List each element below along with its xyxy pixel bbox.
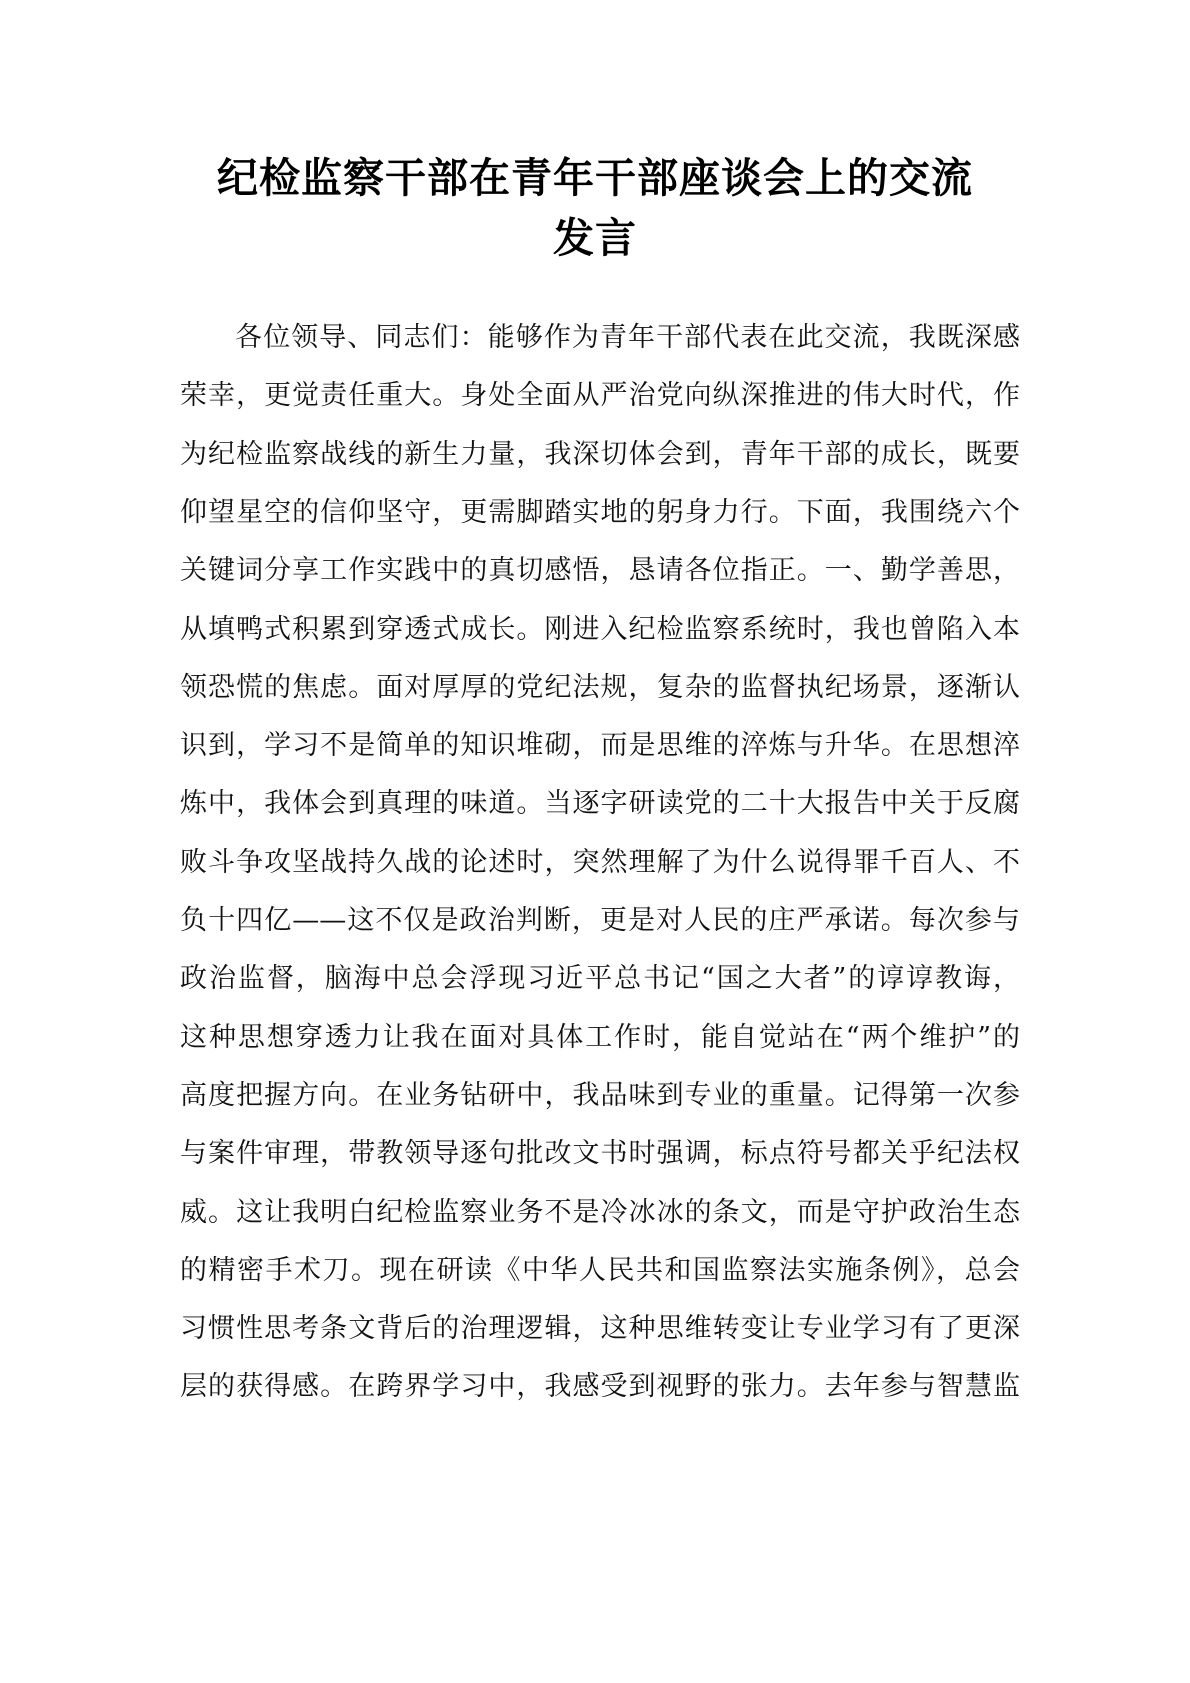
paragraph-line: 领恐慌的焦虑。面对厚厚的党纪法规，复杂的监督执纪场景，逐渐认 [180,670,1020,706]
paragraph-line: 败斗争攻坚战持久战的论述时，突然理解了为什么说得罪千百人、不 [180,845,1020,881]
paragraph-line: 负十四亿——这不仅是政治判断，更是对人民的庄严承诺。每次参与 [180,903,1020,939]
paragraph-line: 从填鸭式积累到穿透式成长。刚进入纪检监察系统时，我也曾陷入本 [180,612,1020,648]
paragraph-line: 习惯性思考条文背后的治理逻辑，这种思维转变让专业学习有了更深 [180,1311,1020,1347]
document-title-line-1: 纪检监察干部在青年干部座谈会上的交流 [150,150,1040,206]
paragraph-line: 各位领导、同志们：能够作为青年干部代表在此交流，我既深感 [235,320,1020,356]
paragraph-line: 威。这让我明白纪检监察业务不是冷冰冰的条文，而是守护政治生态 [180,1195,1020,1231]
paragraph-line: 政治监督，脑海中总会浮现习近平总书记“国之大者”的谆谆教诲， [180,961,1020,997]
document-title-line-2: 发言 [150,210,1040,266]
document-page: 纪检监察干部在青年干部座谈会上的交流 发言 各位领导、同志们：能够作为青年干部代… [0,0,1190,1683]
paragraph-line: 高度把握方向。在业务钻研中，我品味到专业的重量。记得第一次参 [180,1078,1020,1114]
paragraph-line: 荣幸，更觉责任重大。身处全面从严治党向纵深推进的伟大时代，作 [180,378,1020,414]
paragraph-line: 这种思想穿透力让我在面对具体工作时，能自觉站在“两个维护”的 [180,1020,1020,1056]
paragraph-line: 的精密手术刀。现在研读《中华人民共和国监察法实施条例》，总会 [180,1253,1020,1289]
paragraph-line: 识到，学习不是简单的知识堆砌，而是思维的淬炼与升华。在思想淬 [180,728,1020,764]
paragraph-line: 层的获得感。在跨界学习中，我感受到视野的张力。去年参与智慧监 [180,1369,1020,1405]
paragraph-line: 与案件审理，带教领导逐句批改文书时强调，标点符号都关乎纪法权 [180,1136,1020,1172]
paragraph-line: 关键词分享工作实践中的真切感悟，恳请各位指正。一、勤学善思， [180,553,1020,589]
paragraph-line: 炼中，我体会到真理的味道。当逐字研读党的二十大报告中关于反腐 [180,786,1020,822]
paragraph-line: 为纪检监察战线的新生力量，我深切体会到，青年干部的成长，既要 [180,437,1020,473]
paragraph-line: 仰望星空的信仰坚守，更需脚踏实地的躬身力行。下面，我围绕六个 [180,495,1020,531]
